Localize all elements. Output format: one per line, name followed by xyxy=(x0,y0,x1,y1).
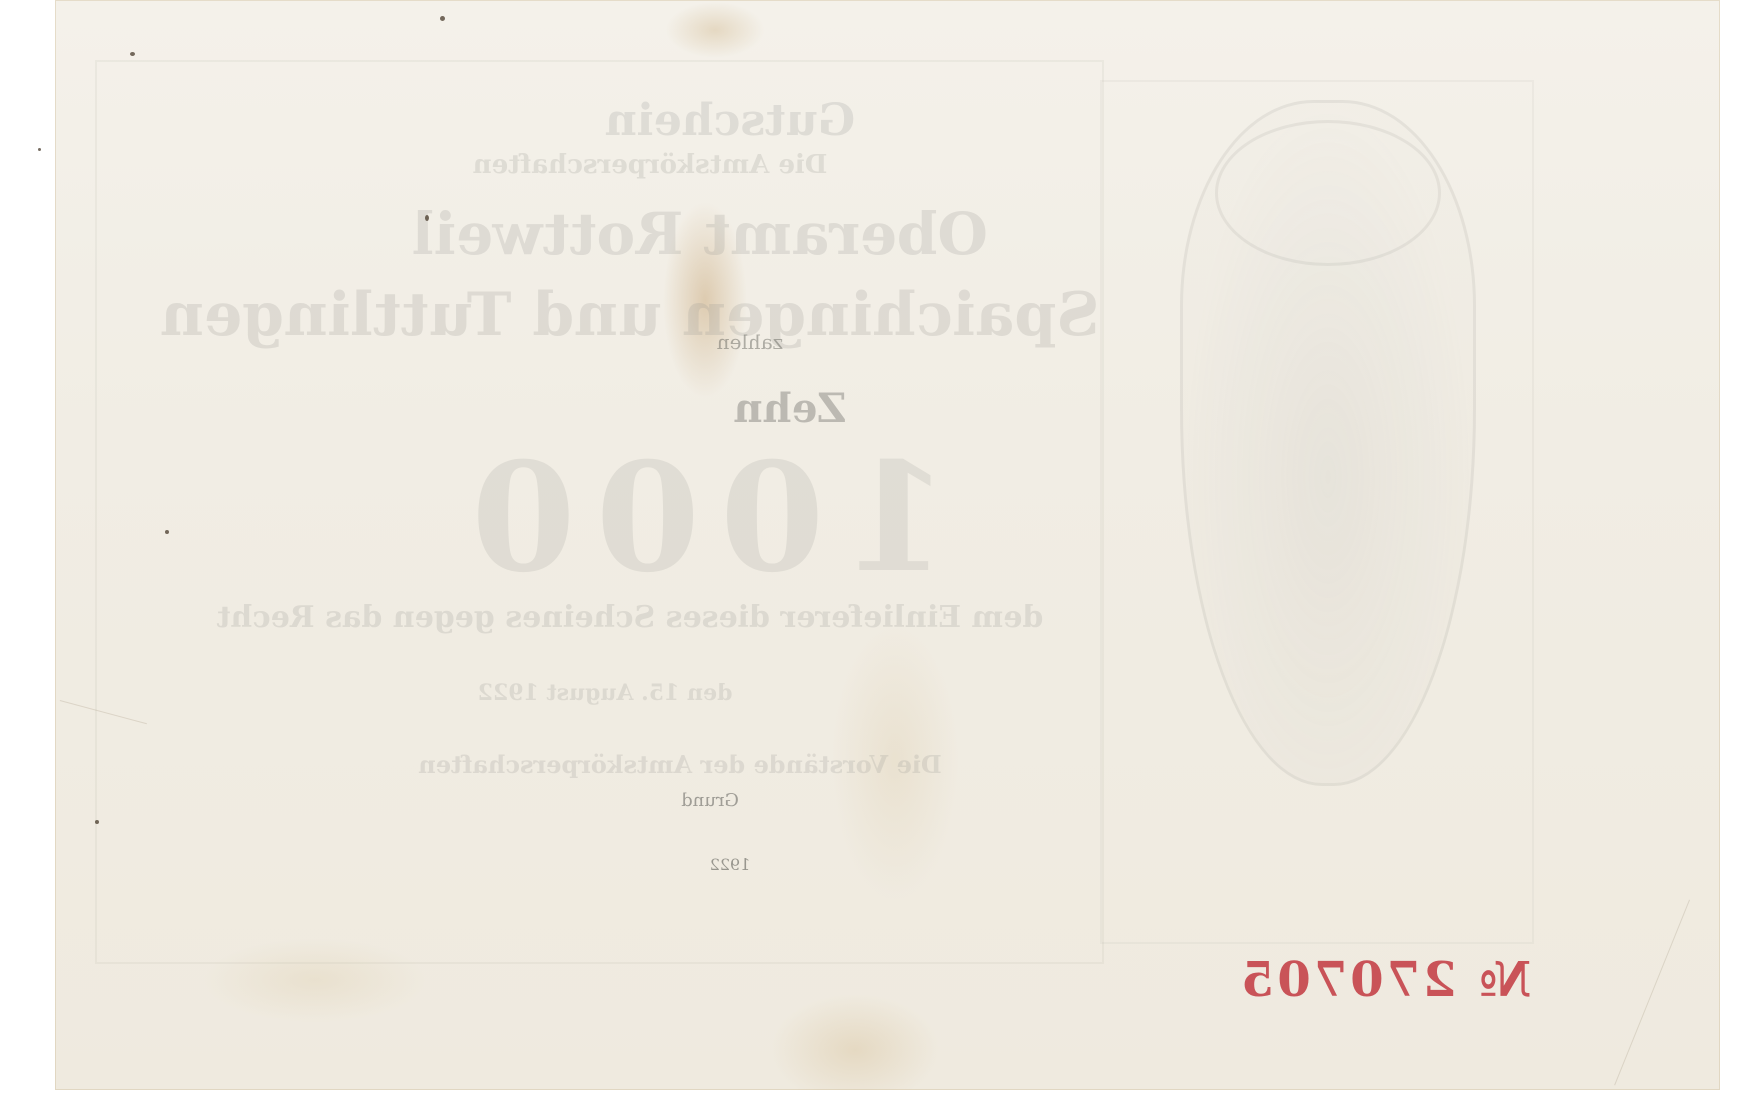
mirrored-terms-text: dem Einlieferer dieses Scheines gegen da… xyxy=(180,600,1080,635)
dirt-spot xyxy=(165,530,169,534)
mirrored-date: den 15. August 1922 xyxy=(380,680,830,706)
dirt-spot xyxy=(38,148,41,151)
seal-ring xyxy=(1215,120,1441,266)
mirrored-signature: Grund xyxy=(650,790,770,811)
dirt-spot xyxy=(440,16,445,21)
mirrored-heading: Gutschein xyxy=(380,95,1080,146)
dirt-spot xyxy=(95,820,99,824)
mirrored-signatories: Die Vorstände der Amtskörperschaften xyxy=(330,750,1030,779)
serial-number: № 270705 xyxy=(1238,952,1531,1008)
mirrored-subheading: Die Amtskörperschaften xyxy=(400,150,900,180)
mirrored-year-mark: 1922 xyxy=(660,855,800,874)
mirrored-denomination: 1000 xyxy=(250,430,1150,606)
dirt-spot xyxy=(425,215,429,221)
mirrored-issuer-line-1: Oberamt Rottweil xyxy=(300,200,1100,268)
mirrored-pay-text: zahlen xyxy=(600,330,900,354)
mirrored-amount-word: Zehn xyxy=(640,385,940,432)
dirt-spot xyxy=(130,52,135,56)
